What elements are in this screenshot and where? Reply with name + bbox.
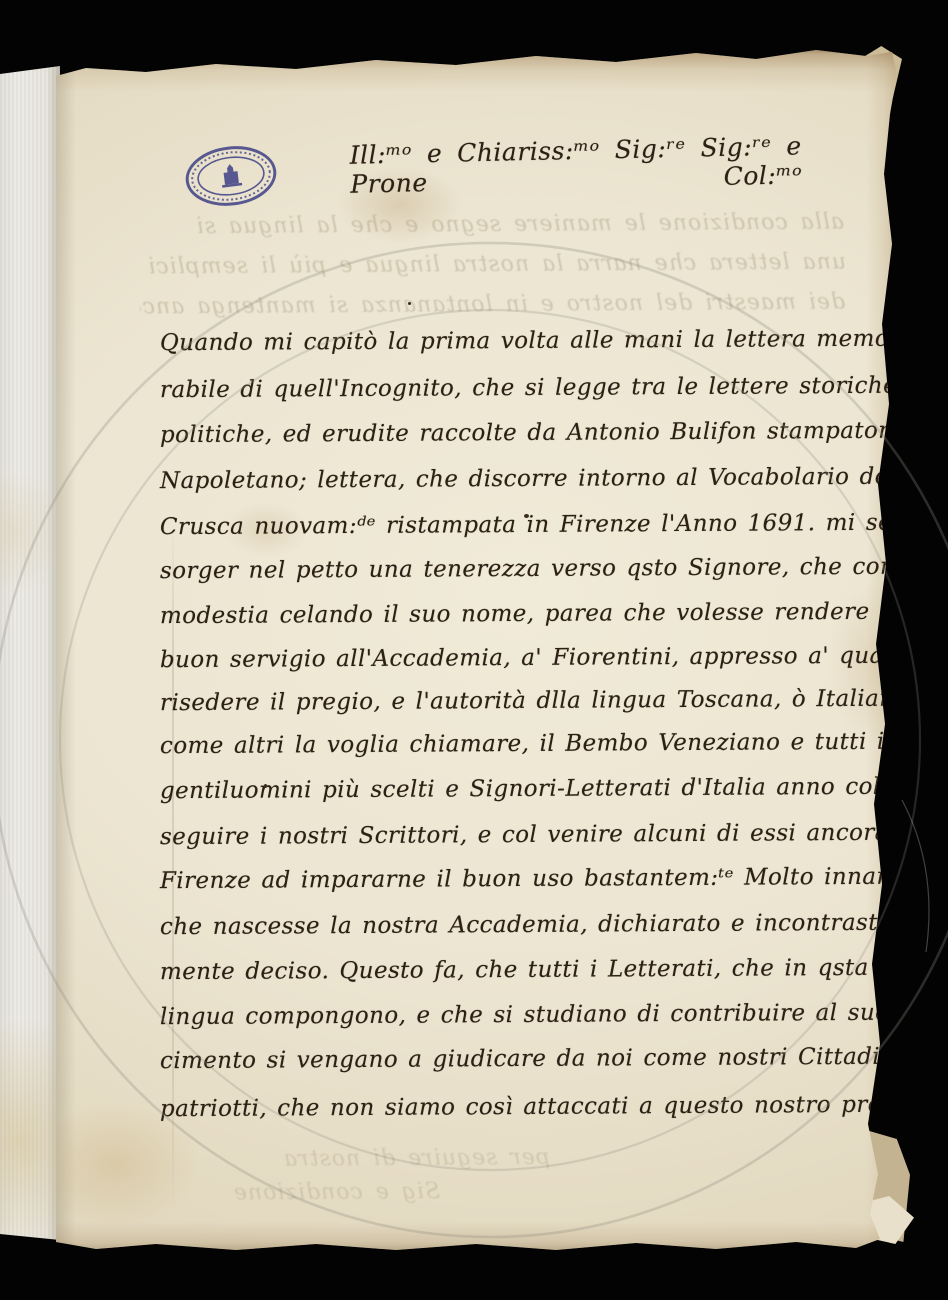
- bleedthrough-line: alla condizione le maniere segno e che l…: [144, 210, 844, 240]
- text-line: patriotti, che non siamo così attaccati …: [160, 1092, 874, 1122]
- ink-speck: [524, 514, 529, 518]
- photo-background: alla condizione le maniere segno e che l…: [0, 0, 948, 1300]
- bleedthrough-line: dei maestri del nostro e in lontananza s…: [140, 290, 845, 320]
- manuscript-page: alla condizione le maniere segno e che l…: [56, 44, 900, 1256]
- library-stamp-icon: [180, 139, 281, 214]
- text-line: seguire i nostri Scrittori, e col venire…: [160, 820, 874, 850]
- ink-speck: [408, 302, 411, 305]
- bleedthrough-line: per seguire di nostra: [230, 1145, 550, 1172]
- text-line: che nascesse la nostra Accademia, dichia…: [160, 910, 874, 940]
- bleedthrough-line: Sig e condizione: [170, 1179, 440, 1206]
- text-line: rabile di quell'Incognito, che si legge …: [160, 373, 874, 403]
- text-line: sorger nel petto una tenerezza verso qst…: [160, 554, 874, 584]
- text-line: Crusca nuovam:ᵈᵉ ristampata in Firenze l…: [160, 510, 874, 540]
- text-line: come altri la voglia chiamare, il Bembo …: [160, 729, 874, 759]
- text-line: Quando mi capitò la prima volta alle man…: [160, 326, 874, 356]
- bleedthrough-line: una lettera che narra la nostra lingua e…: [136, 250, 846, 280]
- text-line: mente deciso. Questo fa, che tutti i Let…: [160, 955, 874, 985]
- text-line: gentiluomini più scelti e Signori-Letter…: [160, 774, 874, 804]
- stray-fiber: [902, 800, 929, 952]
- text-line: risedere il pregio, e l'autorità dlla li…: [160, 686, 874, 716]
- text-line: lingua compongono, e che si studiano di …: [160, 1000, 874, 1030]
- ink-speck: [264, 784, 267, 788]
- text-line: cimento si vengano a giudicare da noi co…: [160, 1044, 874, 1074]
- text-line: buon servigio all'Accademia, a' Fiorenti…: [160, 643, 874, 673]
- book-guard-strip: [0, 62, 60, 1244]
- text-line: modestia celando il suo nome, parea che …: [160, 599, 874, 629]
- letter-salutation: Ill:ᵐᵒ e Chiariss:ᵐᵒ Sig:ʳᵉ Sig:ʳᵉ e Pro…: [349, 131, 802, 198]
- text-line: Firenze ad impararne il buon uso bastant…: [160, 864, 874, 894]
- text-line: politiche, ed erudite raccolte da Antoni…: [160, 418, 874, 448]
- text-line: Napoletano; lettera, che discorre intorn…: [160, 464, 874, 494]
